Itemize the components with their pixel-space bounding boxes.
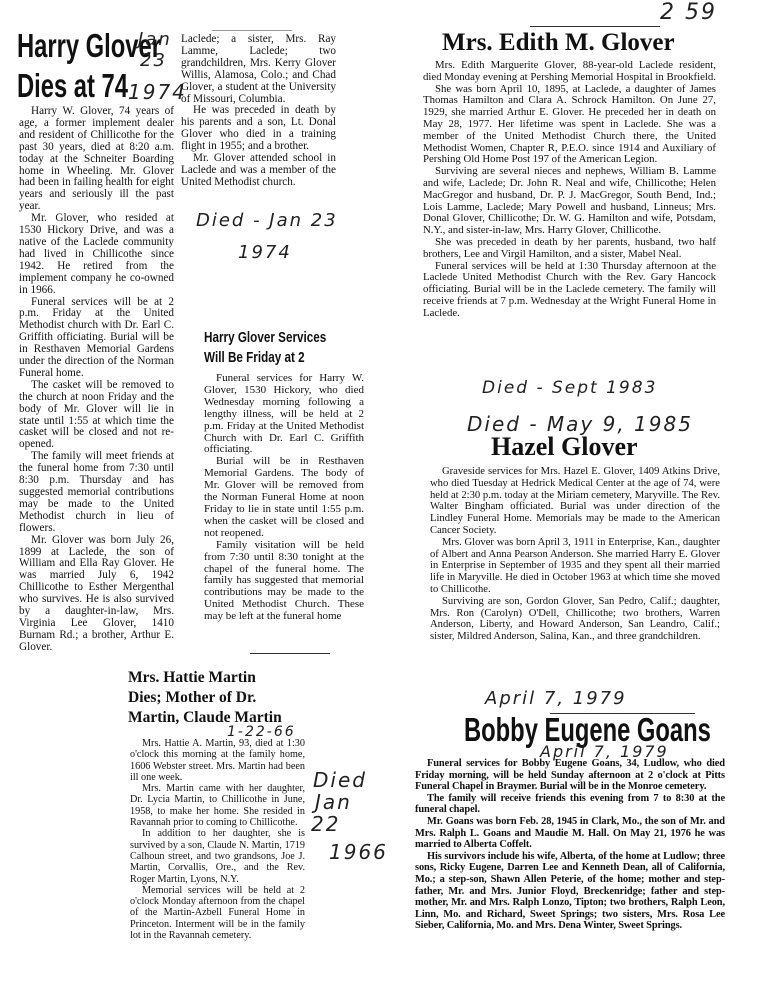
handwritten-died: Died [313,768,367,792]
paragraph: The family will meet friends at the fune… [19,451,174,534]
handwritten-date-jan: Jan [138,29,172,50]
paragraph: She was born April 10, 1895, at Laclede,… [423,84,716,167]
paragraph: Mrs. Edith Marguerite Glover, 88-year-ol… [423,60,716,84]
handwritten-date-top: April 7, 1979 [485,688,627,709]
article-bobby-goans: April 7, 1979 Bobby Eugene Goans April 7… [410,690,750,960]
headline-line-1: Mrs. Hattie Martin [128,668,256,687]
handwritten-died-year: 1974 [238,242,292,263]
article-body: Funeral services for Harry W. Glover, 15… [204,373,364,623]
headline: Mrs. Edith M. Glover [442,28,675,58]
headline-line-2: Dies at 74 [17,68,128,104]
paragraph: Graveside services for Mrs. Hazel E. Glo… [430,466,720,537]
paragraph: Laclede; a sister, Mrs. Ray Lamme, Lacle… [181,34,336,105]
top-rule [212,30,292,31]
handwritten-22: 22 [311,812,340,836]
paragraph: Burial will be in Resthaven Memorial Gar… [204,456,364,539]
paragraph: Funeral services for Bobby Eugene Goans,… [415,758,725,793]
article-harry-glover-services: Harry Glover Services Will Be Friday at … [200,325,370,655]
article-hattie-martin: Mrs. Hattie Martin Dies; Mother of Dr. M… [125,660,375,980]
handwritten-date-23: 23 [140,50,167,71]
paragraph: Mr. Glover attended school in Laclede an… [181,153,336,189]
article-edith-glover: Mrs. Edith M. Glover Mrs. Edith Margueri… [420,20,740,365]
article-hazel-glover: Died - May 9, 1985 Hazel Glover Gravesid… [425,410,745,640]
article-column-2: Laclede; a sister, Mrs. Ray Lamme, Lacle… [181,34,336,189]
paragraph: Mr. Goans was born Feb. 28, 1945 in Clar… [415,816,725,851]
paragraph: Funeral services will be at 2 p.m. Frida… [19,297,174,380]
article-body: Graveside services for Mrs. Hazel E. Glo… [430,466,720,643]
handwritten-1966: 1966 [329,840,388,864]
paragraph: Mrs. Glover was born April 3, 1911 in En… [430,537,720,596]
paragraph: The family will receive friends this eve… [415,793,725,816]
article-body: Mrs. Hattie A. Martin, 93, died at 1:30 … [130,738,305,941]
paragraph: Mr. Glover was born July 26, 1899 at Lac… [19,535,174,654]
paragraph: Mr. Glover, who resided at 1530 Hickory … [19,213,174,296]
article-column-1: Harry W. Glover, 74 years of age, a form… [19,106,174,654]
paragraph: Surviving are several nieces and nephews… [423,166,716,237]
bottom-rule [250,653,330,654]
headline-line-2: Will Be Friday at 2 [204,349,305,367]
paragraph: Memorial services will be held at 2 o'cl… [130,885,305,941]
handwritten-died-note: Died - Jan 23 [196,210,338,231]
article-body: Funeral services for Bobby Eugene Goans,… [415,758,725,932]
paragraph: Mrs. Hattie A. Martin, 93, died at 1:30 … [130,738,305,783]
top-rule [530,26,660,27]
paragraph: Harry W. Glover, 74 years of age, a form… [19,106,174,213]
handwritten-date-1974: 1974 [128,80,187,104]
paragraph: He was preceded in death by his parents … [181,105,336,153]
paragraph: She was preceded in death by her parents… [423,237,716,261]
paragraph: His survivors include his wife, Alberta,… [415,851,725,932]
handwritten-jan: Jan [315,790,352,814]
headline-line-1: Harry Glover Services [204,329,326,347]
paragraph: In addition to her daughter, she is surv… [130,828,305,884]
paragraph: Funeral services for Harry W. Glover, 15… [204,373,364,456]
paragraph: Family visitation will be held from 7:30… [204,540,364,623]
paragraph: The casket will be removed to the church… [19,380,174,451]
paragraph: Surviving are son, Gordon Glover, San Pe… [430,596,720,643]
article-body: Mrs. Edith Marguerite Glover, 88-year-ol… [423,60,716,320]
paragraph: Mrs. Martin came with her daughter, Dr. … [130,783,305,828]
headline: Hazel Glover [491,432,638,462]
headline-line-2: Dies; Mother of Dr. [128,688,256,707]
handwritten-died-sept-1983: Died - Sept 1983 [482,378,657,398]
paragraph: Funeral services will be held at 1:30 Th… [423,261,716,320]
